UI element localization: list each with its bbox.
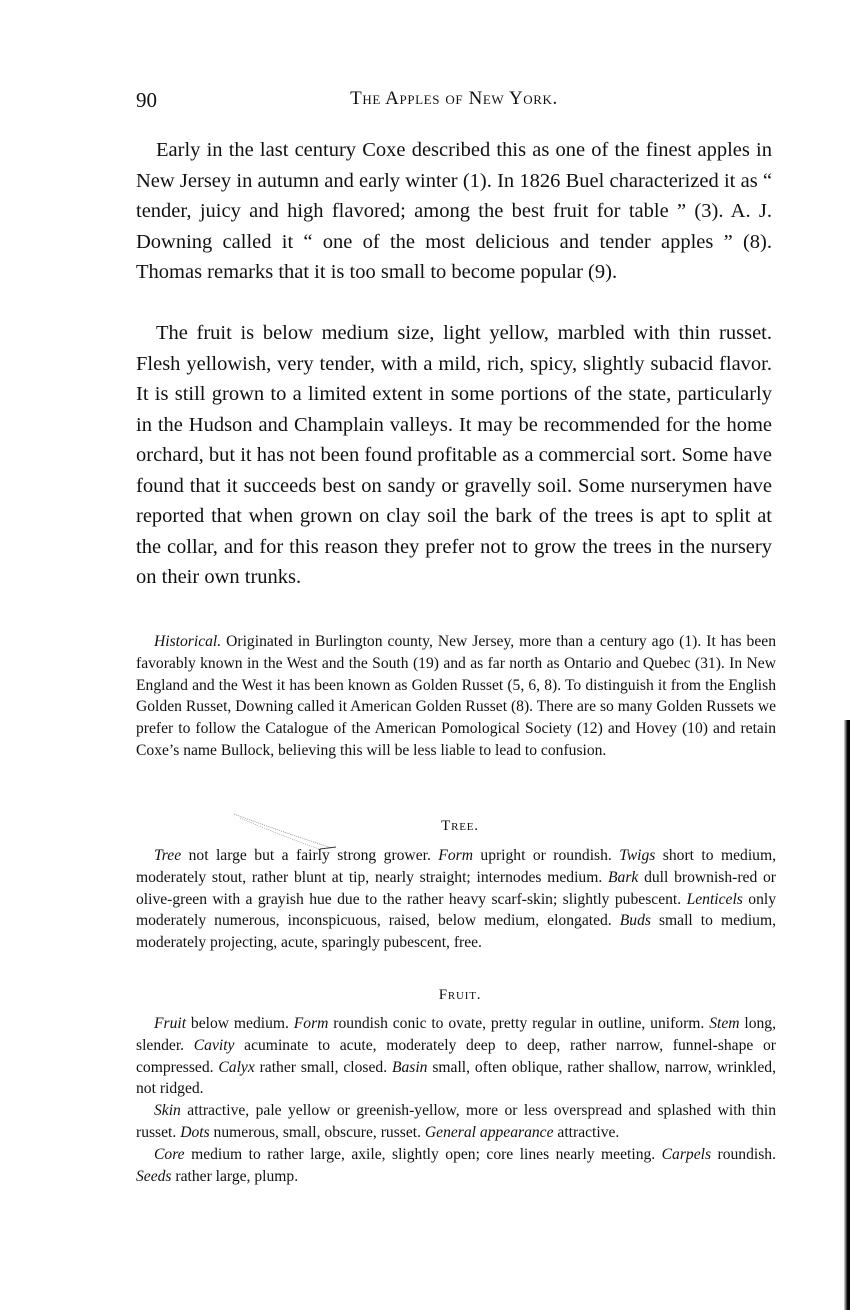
term-seeds: Seeds: [136, 1168, 172, 1185]
term-bark: Bark: [608, 869, 638, 886]
historical-text: Originated in Burlington county, New Jer…: [136, 633, 776, 759]
desc-text: roundish.: [711, 1146, 776, 1163]
term-carpels: Carpels: [662, 1146, 711, 1163]
desc-text: rather small, closed.: [255, 1059, 392, 1076]
term-dots: Dots: [180, 1124, 209, 1141]
tree-section: Tree not large but a fairly strong growe…: [136, 845, 776, 954]
term-tree: Tree: [154, 847, 181, 864]
fruit-heading: Fruit.: [140, 987, 780, 1004]
term-skin: Skin: [154, 1102, 181, 1119]
paragraph-text: Early in the last century Coxe described…: [136, 135, 772, 288]
historical-label: Historical.: [154, 633, 221, 650]
book-page: 90 The Apples of New York. Early in the …: [0, 0, 850, 1310]
desc-text: not large but a fairly strong grower.: [181, 847, 438, 864]
body-paragraph-1: Early in the last century Coxe described…: [136, 135, 772, 288]
desc-text: numerous, small, obscure, russet.: [210, 1124, 425, 1141]
historical-section: Historical. Originated in Burlington cou…: [136, 631, 776, 762]
desc-text: upright or roundish.: [473, 847, 619, 864]
desc-text: attractive.: [554, 1124, 620, 1141]
fruit-paragraph-3: Core medium to rather large, axile, slig…: [136, 1144, 776, 1188]
term-buds: Buds: [620, 912, 651, 929]
paragraph-text: The fruit is below medium size, light ye…: [136, 318, 772, 593]
term-twigs: Twigs: [619, 847, 655, 864]
body-paragraph-2: The fruit is below medium size, light ye…: [136, 318, 772, 593]
term-general-appearance: General appearance: [425, 1124, 554, 1141]
fruit-section: Fruit below medium. Form roundish conic …: [136, 1013, 776, 1187]
desc-text: medium to rather large, axile, slightly …: [185, 1146, 662, 1163]
fruit-paragraph-1: Fruit below medium. Form roundish conic …: [136, 1013, 776, 1100]
term-lenticels: Lenticels: [687, 891, 743, 908]
tree-paragraph: Tree not large but a fairly strong growe…: [136, 845, 776, 954]
term-form: Form: [438, 847, 473, 864]
desc-text: roundish conic to ovate, pretty regular …: [328, 1015, 709, 1032]
fruit-paragraph-2: Skin attractive, pale yellow or greenish…: [136, 1100, 776, 1144]
term-core: Core: [154, 1146, 185, 1163]
term-fruit: Fruit: [154, 1015, 186, 1032]
scan-edge-shadow: [844, 720, 850, 1310]
term-calyx: Calyx: [218, 1059, 254, 1076]
desc-text: below medium.: [186, 1015, 294, 1032]
term-basin: Basin: [392, 1059, 428, 1076]
term-stem: Stem: [709, 1015, 739, 1032]
desc-text: rather large, plump.: [172, 1168, 299, 1185]
running-title: The Apples of New York.: [136, 88, 772, 110]
term-form: Form: [294, 1015, 329, 1032]
page-header: 90 The Apples of New York.: [136, 88, 772, 116]
term-cavity: Cavity: [194, 1037, 235, 1054]
tree-heading: Tree.: [140, 818, 780, 835]
